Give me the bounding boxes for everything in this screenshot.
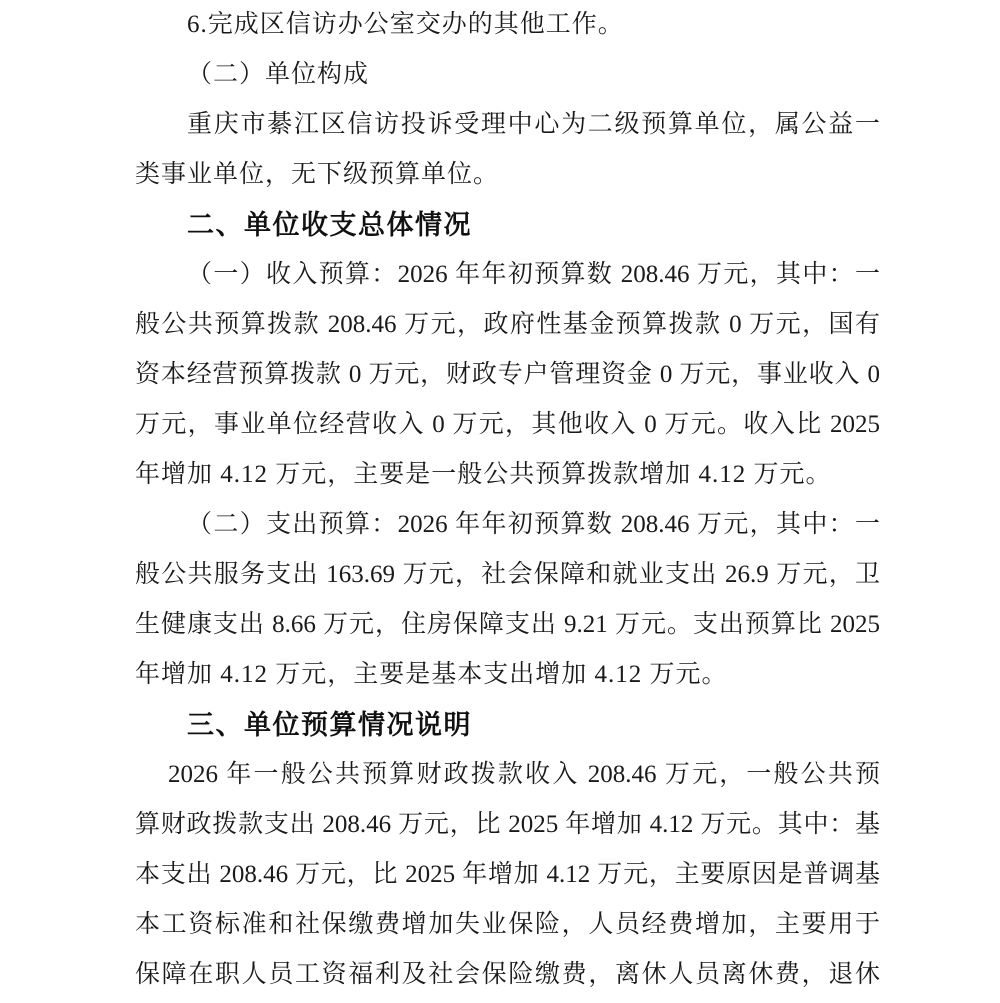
body-line: 保障在职人员工资福利及社会保险缴费，离休人员离休费，退休: [135, 950, 880, 1000]
body-line: 本支出 208.46 万元，比 2025 年增加 4.12 万元，主要原因是普调…: [135, 850, 880, 900]
section-heading: 二、单位收支总体情况: [135, 200, 880, 250]
section-heading: 三、单位预算情况说明: [135, 700, 880, 750]
document-page: 6.完成区信访办公室交办的其他工作。 （二）单位构成 重庆市綦江区信访投诉受理中…: [0, 0, 1000, 1003]
body-line: 万元，事业单位经营收入 0 万元，其他收入 0 万元。收入比 2025: [135, 400, 880, 450]
body-line: 年增加 4.12 万元，主要是基本支出增加 4.12 万元。: [135, 650, 880, 700]
document-text-block: 6.完成区信访办公室交办的其他工作。 （二）单位构成 重庆市綦江区信访投诉受理中…: [135, 0, 880, 1000]
body-line: （二）支出预算：2026 年年初预算数 208.46 万元，其中：一: [135, 500, 880, 550]
body-line: 6.完成区信访办公室交办的其他工作。: [135, 0, 880, 50]
body-line: 年增加 4.12 万元，主要是一般公共预算拨款增加 4.12 万元。: [135, 450, 880, 500]
body-line: 般公共预算拨款 208.46 万元，政府性基金预算拨款 0 万元，国有: [135, 300, 880, 350]
body-line: 资本经营预算拨款 0 万元，财政专户管理资金 0 万元，事业收入 0: [135, 350, 880, 400]
body-line: 般公共服务支出 163.69 万元，社会保障和就业支出 26.9 万元，卫: [135, 550, 880, 600]
body-line: （二）单位构成: [135, 50, 880, 100]
body-line: 类事业单位，无下级预算单位。: [135, 150, 880, 200]
body-line: 本工资标准和社保缴费增加失业保险，人员经费增加，主要用于: [135, 900, 880, 950]
body-line: （一）收入预算：2026 年年初预算数 208.46 万元，其中：一: [135, 250, 880, 300]
body-line: 重庆市綦江区信访投诉受理中心为二级预算单位，属公益一: [135, 100, 880, 150]
body-line: 生健康支出 8.66 万元，住房保障支出 9.21 万元。支出预算比 2025: [135, 600, 880, 650]
body-line: 2026 年一般公共预算财政拨款收入 208.46 万元，一般公共预: [135, 750, 880, 800]
body-line: 算财政拨款支出 208.46 万元，比 2025 年增加 4.12 万元。其中：…: [135, 800, 880, 850]
